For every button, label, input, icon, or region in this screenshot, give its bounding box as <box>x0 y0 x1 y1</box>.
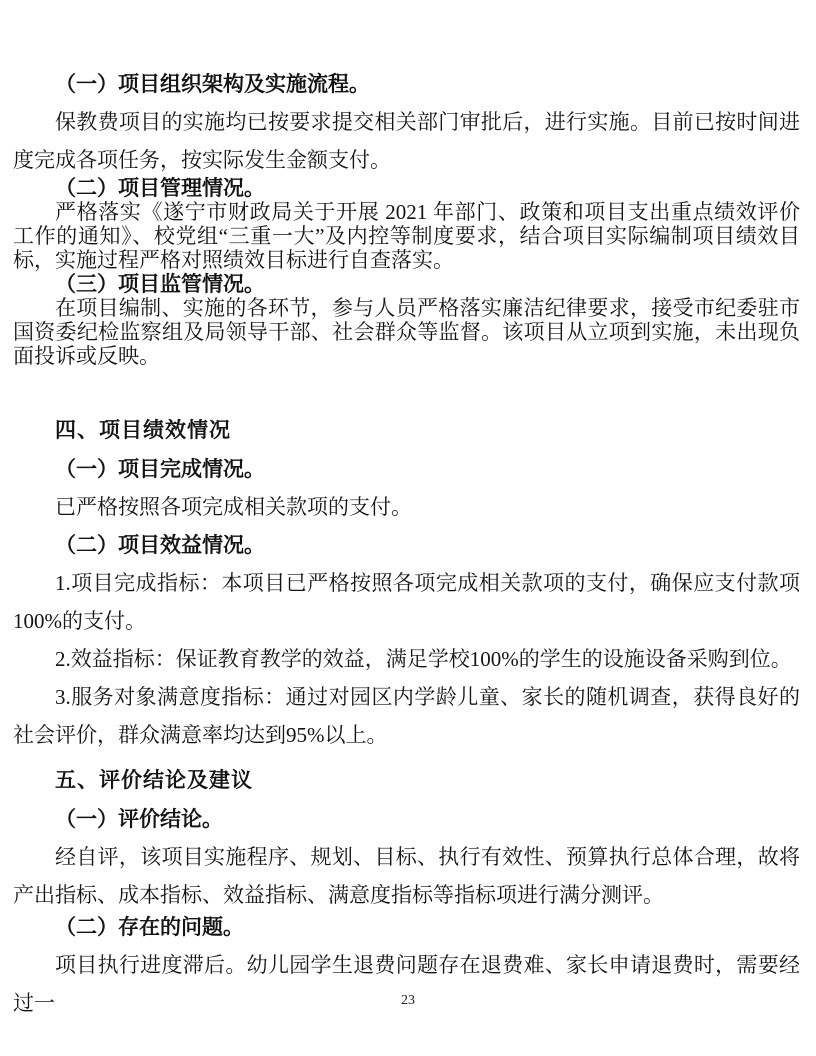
paragraph: 1.项目完成指标：本项目已严格按照各项完成相关款项的支付，确保应支付款项100%… <box>13 564 800 640</box>
sub-heading: （二）项目管理情况。 <box>13 176 800 200</box>
paragraph: 经自评，该项目实施程序、规划、目标、执行有效性、预算执行总体合理，故将产出指标、… <box>13 838 800 914</box>
paragraph: 项目执行进度滞后。幼儿园学生退费问题存在退费难、家长申请退费时，需要经过一 <box>13 946 800 1022</box>
document-body: （一）项目组织架构及实施流程。保教费项目的实施均已按要求提交相关部门审批后，进行… <box>13 65 800 1022</box>
paragraph: 3.服务对象满意度指标：通过对园区内学龄儿童、家长的随机调查，获得良好的社会评价… <box>13 678 800 754</box>
sub-heading: （二）项目效益情况。 <box>13 526 800 564</box>
paragraph: 保教费项目的实施均已按要求提交相关部门审批后，进行实施。目前已按时间进度完成各项… <box>13 103 800 179</box>
paragraph: 2.效益指标：保证教育教学的效益，满足学校100%的学生的设施设备采购到位。 <box>13 640 800 678</box>
paragraph: 在项目编制、实施的各环节，参与人员严格落实廉洁纪律要求，接受市纪委驻市国资委纪检… <box>13 296 800 368</box>
document-page: （一）项目组织架构及实施流程。保教费项目的实施均已按要求提交相关部门审批后，进行… <box>0 0 816 1056</box>
section-heading: 四、项目绩效情况 <box>13 412 800 450</box>
paragraph: 已严格按照各项完成相关款项的支付。 <box>13 488 800 526</box>
sub-heading: （一）项目组织架构及实施流程。 <box>13 65 800 103</box>
page-number: 23 <box>0 993 816 1009</box>
paragraph: 严格落实《遂宁市财政局关于开展 2021 年部门、政策和项目支出重点绩效评价工作… <box>13 200 800 272</box>
sub-heading: （一）评价结论。 <box>13 800 800 838</box>
section-heading: 五、评价结论及建议 <box>13 762 800 800</box>
sub-heading: （三）项目监管情况。 <box>13 272 800 296</box>
sub-heading: （一）项目完成情况。 <box>13 450 800 488</box>
